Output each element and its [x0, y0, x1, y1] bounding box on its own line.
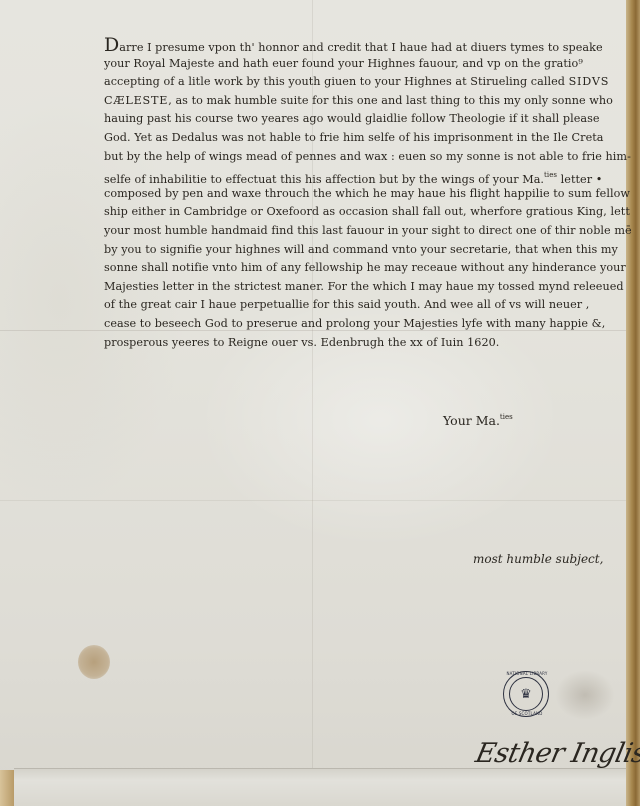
- letter-line: your Royal Majeste and hath euer found y…: [104, 55, 634, 74]
- line-text: your Royal Majeste and hath euer found y…: [104, 57, 583, 70]
- letter-line: accepting of a litle work by this youth …: [104, 73, 634, 92]
- letter-line: prosperous yeeres to Reigne ouer vs. Ede…: [104, 334, 634, 353]
- letter-line: of the great cair I haue perpetuallie fo…: [104, 296, 634, 315]
- letter-closing: Your Ma.ties: [443, 413, 513, 428]
- library-stamp: NATIONAL LIBRARY ♛ OF SCOTLAND: [503, 671, 549, 717]
- line-text: hauing past his course two yeares ago wo…: [104, 112, 600, 125]
- small-caps-title: CÆLESTE: [104, 94, 168, 107]
- line-text: your most humble handmaid find this last…: [104, 224, 632, 237]
- signature: Esther Inglis: [473, 738, 640, 769]
- letter-line: CÆLESTE, as to mak humble suite for this…: [104, 92, 634, 111]
- letter-line: by you to signifie your highnes will and…: [104, 241, 634, 260]
- letter-line: selfe of inhabilitie to effectuat this h…: [104, 166, 634, 185]
- line-text: by you to signifie your highnes will and…: [104, 243, 618, 256]
- crown-icon: ♛: [509, 677, 543, 711]
- letter-line: composed by pen and waxe throuch the whi…: [104, 185, 634, 204]
- superscript: ties: [544, 171, 557, 179]
- letter-line: hauing past his course two yeares ago wo…: [104, 110, 634, 129]
- letter-subscription: most humble subject,: [473, 552, 603, 566]
- stamp-bottom-text: OF SCOTLAND: [504, 711, 550, 716]
- line-text: God. Yet as Dedalus was not hable to fri…: [104, 131, 604, 144]
- line-text: prosperous yeeres to Reigne ouer vs. Ede…: [104, 336, 499, 349]
- letter-line: Darre I presume vpon th' honnor and cred…: [104, 36, 634, 55]
- line-text: , as to mak humble suite for this one an…: [168, 94, 613, 107]
- small-caps-title: SIDVS: [569, 75, 610, 88]
- line-text: cease to beseech God to preserue and pro…: [104, 317, 605, 330]
- superscript: ties: [500, 413, 513, 421]
- line-text: Majesties letter in the strictest maner.…: [104, 280, 624, 293]
- line-text: arre I presume vpon th' honnor and credi…: [119, 41, 602, 54]
- stain-mark: [78, 645, 110, 679]
- line-text: sonne shall notifie vnto him of any fell…: [104, 261, 626, 274]
- letter-line: ship either in Cambridge or Oxefoord as …: [104, 203, 634, 222]
- closing-text: Your Ma.: [443, 413, 500, 428]
- letter-line: God. Yet as Dedalus was not hable to fri…: [104, 129, 634, 148]
- binding-strip-left: [0, 770, 14, 806]
- line-text: of the great cair I haue perpetuallie fo…: [104, 298, 589, 311]
- smudge-mark: [555, 670, 615, 720]
- letter-line: Majesties letter in the strictest maner.…: [104, 278, 634, 297]
- stamp-top-text: NATIONAL LIBRARY: [504, 671, 550, 676]
- letter-line: but by the help of wings mead of pennes …: [104, 148, 634, 167]
- page-bottom-edge: [14, 768, 628, 806]
- line-text: composed by pen and waxe throuch the whi…: [104, 187, 630, 200]
- line-text: ship either in Cambridge or Oxefoord as …: [104, 205, 630, 218]
- letter-body: Darre I presume vpon th' honnor and cred…: [104, 36, 634, 352]
- letter-line: your most humble handmaid find this last…: [104, 222, 634, 241]
- line-text: accepting of a litle work by this youth …: [104, 75, 565, 88]
- line-text: but by the help of wings mead of pennes …: [104, 150, 631, 163]
- drop-cap: D: [104, 34, 119, 56]
- letter-line: sonne shall notifie vnto him of any fell…: [104, 259, 634, 278]
- letter-line: cease to beseech God to preserue and pro…: [104, 315, 634, 334]
- paper-fold: [0, 500, 640, 501]
